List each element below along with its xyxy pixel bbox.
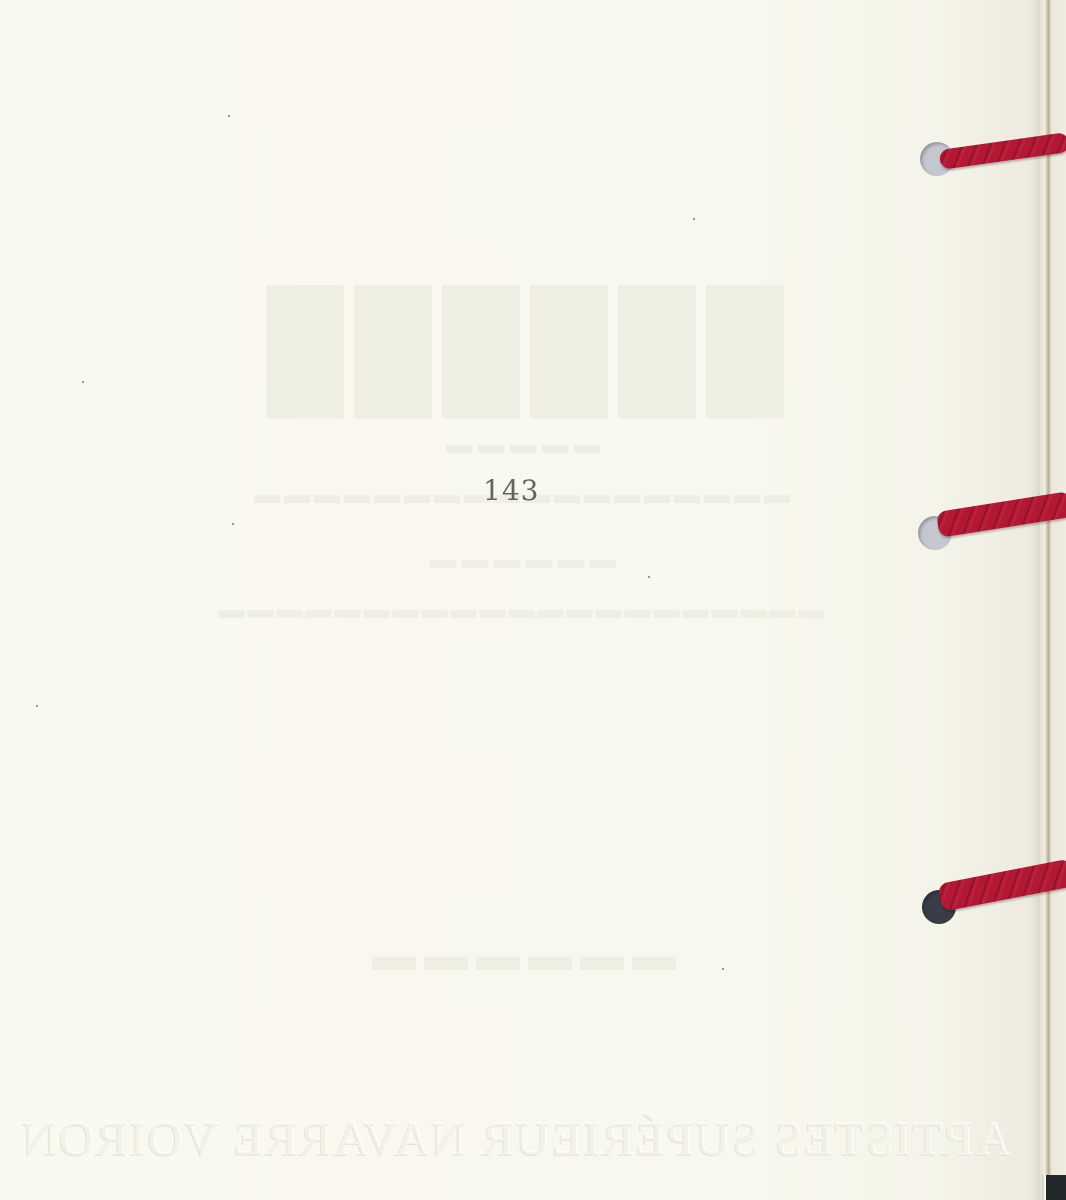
book-cover-corner [1046,1175,1066,1200]
dust-speck [228,115,230,117]
dust-speck [693,218,695,220]
dust-speck [82,381,84,383]
dust-speck [36,705,38,707]
book-spine-edge [1040,0,1066,1175]
dust-speck [648,576,650,578]
dust-speck [232,523,234,525]
dust-speck [722,968,724,970]
page-number: 143 [483,474,539,507]
show-through-line: ▬▬▬▬▬▬▬▬▬▬▬▬▬▬▬▬▬▬▬▬▬ [0,595,1040,625]
show-through-line: ▬▬▬▬▬ [0,430,1040,460]
show-through-line: ▬▬▬▬▬▬ [0,930,1040,981]
show-through-line: ▬▬▬▬▬▬ [0,545,1040,575]
show-through-title: ██████ [0,285,1040,412]
embossed-watermark: ARTISTES SUPÉRIEUR NAVARRE VOIRON [0,1112,1040,1167]
